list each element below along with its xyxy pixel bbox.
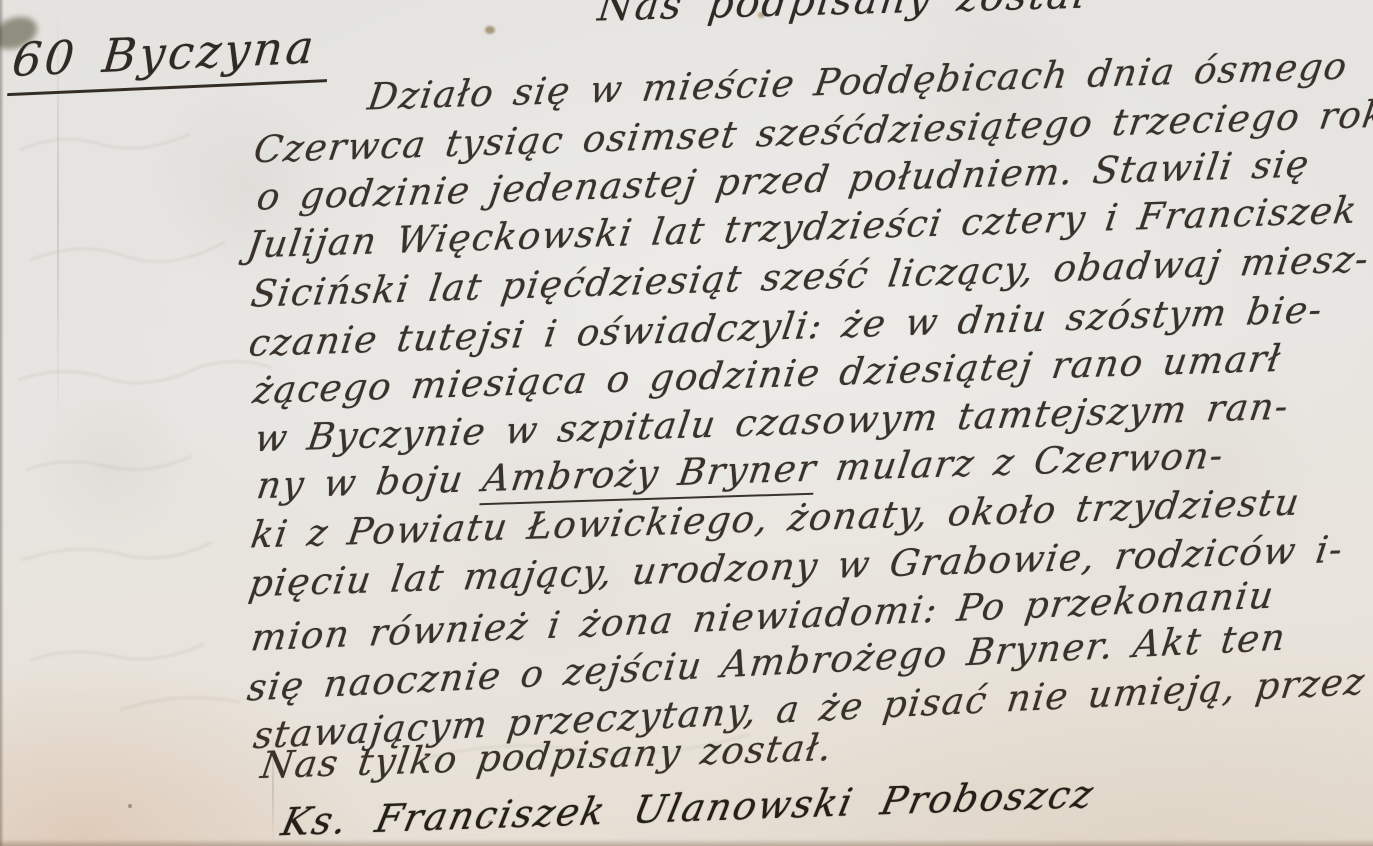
- ink-speck: [485, 26, 495, 34]
- ink-speck: [128, 804, 132, 808]
- record-line-text: ny w boju: [254, 457, 486, 507]
- page-binding-edge: [0, 0, 4, 846]
- previous-record-fragment: Nas podpisany został: [595, 0, 1090, 30]
- act-number-and-place: 60 Byczyna: [7, 19, 333, 96]
- record-line-text: mularz z Czerwon-: [814, 434, 1227, 490]
- page-bottom-edge: [0, 839, 1373, 846]
- document-page: Nas podpisany został 60 Byczyna Działo s…: [0, 0, 1373, 846]
